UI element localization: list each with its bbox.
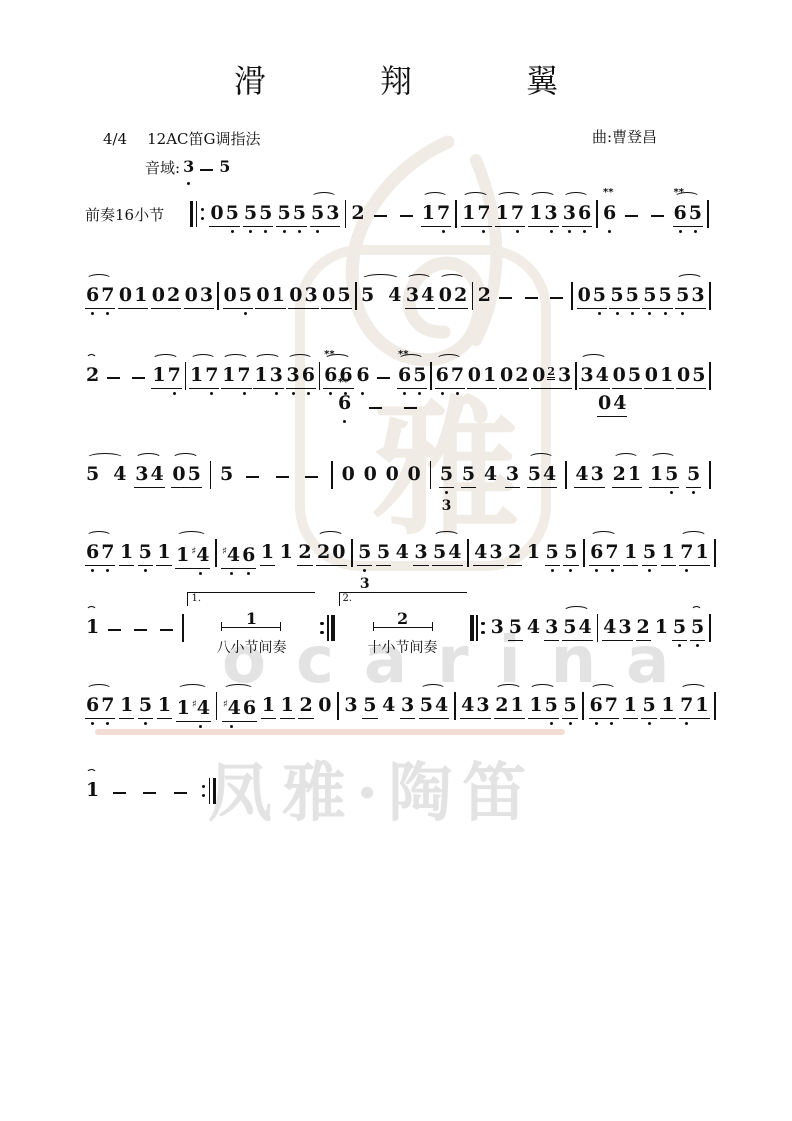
note-digit: 5: [138, 541, 153, 563]
note-group: 1: [119, 694, 134, 719]
barline: [472, 282, 474, 310]
note-digit: 4: [577, 616, 592, 638]
note-token: 2: [477, 284, 492, 308]
barline: [571, 282, 573, 310]
note-token: 0: [407, 463, 422, 487]
note-token: 67: [85, 694, 115, 719]
note-group: 2: [350, 202, 365, 226]
note-group: 54: [85, 463, 127, 487]
note-token: 2: [507, 541, 522, 566]
note-token: 43: [574, 463, 604, 488]
note-token: 5: [690, 616, 705, 641]
note-token: 01: [467, 364, 497, 389]
note-digit: 3: [343, 694, 358, 716]
note-token: 17: [189, 364, 219, 389]
duration-dash: [143, 792, 156, 794]
duration-dash: [404, 407, 417, 409]
note-token: 5: [562, 694, 577, 719]
note-token: 05: [321, 284, 351, 309]
note-digit: 3: [400, 694, 415, 716]
note-group: 3: [400, 694, 415, 719]
slur-arc: [650, 453, 676, 464]
slur-arc: [422, 192, 448, 203]
note-digit: 5: [357, 541, 372, 563]
note-group: 05: [223, 284, 253, 309]
repeat-end-sign: [201, 778, 216, 804]
note-digit: 1: [279, 541, 294, 563]
note-digit: 2: [507, 541, 522, 563]
note-token: [103, 616, 126, 637]
note-group: 54: [432, 541, 462, 566]
note-digit: 5: [688, 202, 703, 224]
duration-dash: [499, 297, 512, 299]
note-token: 3: [490, 616, 505, 640]
note-token: [300, 463, 323, 484]
note-token: 1♯4: [175, 541, 210, 569]
note-token: 53: [675, 284, 705, 309]
note-group: 17: [221, 364, 251, 389]
note-group: 01: [467, 364, 497, 389]
note-group: 17: [495, 202, 525, 227]
note-token: 55: [609, 284, 639, 309]
note-token: 1: [623, 694, 638, 719]
note-digit: 0: [331, 541, 346, 563]
note-digit: 0: [223, 284, 238, 306]
note-digit: 5: [641, 694, 656, 716]
note-group: [300, 463, 323, 484]
barline: [215, 539, 217, 567]
note-token: 05: [676, 364, 706, 389]
note-digit: 1: [85, 616, 100, 638]
note-group: 0: [317, 694, 332, 718]
note-group: [108, 779, 131, 800]
note-group: 5: [362, 694, 377, 719]
note-token: 36: [562, 202, 592, 227]
note-group: 6: [602, 202, 617, 226]
slur-arc: [680, 684, 706, 695]
note-digit: ♯4: [190, 541, 210, 566]
note-group: ♯46: [222, 694, 257, 722]
note-digit: 0: [151, 284, 166, 306]
note-token: 5: [672, 616, 687, 641]
note-token: 4: [381, 694, 396, 718]
slur-arc: [563, 606, 589, 617]
note-digit: 5: [675, 284, 690, 306]
note-digit: 4: [612, 392, 627, 414]
barline: [216, 692, 218, 720]
rest-bar: [221, 622, 281, 631]
note-group: 43: [602, 616, 632, 641]
note-group: 54: [360, 284, 402, 308]
note-digit: 3: [286, 364, 301, 386]
note-group: [646, 202, 669, 223]
slur-arc: [529, 192, 555, 203]
note-digit: 5: [544, 694, 559, 716]
note-digit: 5: [85, 463, 100, 485]
token-strip: 6701020305010305543402205555553: [85, 284, 712, 310]
slur-arc: [287, 354, 313, 365]
barline: [709, 614, 711, 642]
slur-arc: [496, 192, 522, 203]
note-digit: 0: [341, 463, 356, 485]
note-digit: 0: [407, 463, 422, 485]
note-token: 4: [483, 463, 498, 487]
sharp-sign: ♯: [191, 546, 196, 557]
sheet-music-page: 雅 ocarina 凤雅·陶笛 滑 翔 翼 4/412AC笛G调指法 曲:曹登昌…: [0, 0, 792, 1121]
slur-arc: [495, 684, 521, 695]
note-group: 0: [385, 463, 400, 487]
note-digit: 5: [658, 284, 673, 306]
note-digit: 0: [184, 284, 199, 306]
note-token: 35: [439, 463, 454, 488]
note-token: 4: [395, 541, 410, 565]
note-group: 3: [490, 616, 505, 640]
note-group: 01: [118, 284, 148, 309]
thick-bar: [470, 615, 473, 641]
note-group: 1: [119, 541, 134, 566]
note-token: [155, 616, 178, 637]
note-digit: 1: [176, 697, 191, 719]
barline: [345, 200, 347, 228]
trill-mark: **: [324, 349, 334, 360]
barline: [575, 362, 577, 390]
barline: [714, 692, 716, 720]
note-token: 2: [297, 541, 312, 566]
note-token: 1: [661, 541, 676, 566]
note-token: 1: [660, 694, 675, 719]
note-token: 54: [85, 463, 127, 487]
note-group: 17: [421, 202, 451, 227]
note-group: 5: [642, 541, 657, 566]
note-digit: 3: [405, 284, 420, 306]
note-digit: 3: [488, 541, 503, 563]
note-token: [108, 779, 131, 800]
note-digit: 3: [543, 202, 558, 224]
note-digit: 1: [526, 541, 541, 563]
note-digit: 6: [323, 364, 338, 386]
note-group: [129, 616, 152, 637]
barline: [467, 539, 469, 567]
note-token: 1: [156, 541, 171, 566]
note-group: 023: [531, 364, 572, 389]
note-token: 03: [288, 284, 318, 309]
note-digit: 5: [412, 364, 427, 386]
token-strip: 11.1八小节间奏2.2十小节间奏354354432155: [85, 616, 712, 642]
note-group: 55: [276, 202, 306, 227]
duration-dash: [377, 377, 390, 379]
note-token: 35: [357, 541, 372, 566]
note-group: [545, 284, 568, 305]
note-digit: 3: [690, 284, 705, 306]
note-group: [103, 616, 126, 637]
music-line-6: 11.1八小节间奏2.2十小节间奏354354432155: [85, 616, 712, 642]
note-digit: 3: [544, 616, 559, 638]
note-digit: 7: [679, 694, 694, 716]
slur-arc: [590, 531, 616, 542]
barline: [351, 539, 353, 567]
note-group: 53: [675, 284, 705, 309]
note-token: 01: [118, 284, 148, 309]
volta-number-tag: 2.: [343, 593, 353, 604]
note-digit: 6: [337, 392, 352, 414]
note-digit: 1: [253, 364, 268, 386]
note-digit: 4: [460, 694, 475, 716]
note-group: 1: [623, 694, 638, 719]
note-token: 1: [279, 541, 294, 565]
slur-arc: [361, 274, 399, 285]
note-digit: 0: [363, 463, 378, 485]
note-digit: 0: [577, 284, 592, 306]
note-token: 3: [505, 463, 520, 488]
duration-dash: [108, 629, 121, 631]
note-digit: 1: [649, 463, 664, 485]
note-group: 1: [85, 779, 100, 803]
slur-arc: [613, 453, 639, 464]
slur-arc: [223, 684, 254, 695]
multimeasure-rest: 2: [373, 611, 433, 631]
note-digit: 0: [644, 364, 659, 386]
note-digit: 0: [612, 364, 627, 386]
note-digit: 7: [100, 284, 115, 306]
note-group: 1: [623, 541, 638, 566]
grace-note: 2: [547, 366, 555, 380]
note-group: 4: [395, 541, 410, 565]
note-digit: 7: [450, 364, 465, 386]
note-digit: 3: [490, 616, 505, 638]
note-group: 3: [544, 616, 559, 641]
slur-arc: [172, 453, 198, 464]
note-token: 0: [317, 694, 332, 718]
note-token: [241, 463, 264, 484]
duration-dash: [625, 215, 638, 217]
note-group: 67: [589, 541, 619, 566]
note-digit: 3: [325, 202, 340, 224]
note-digit: 1: [509, 694, 524, 716]
note-digit: 5: [609, 284, 624, 306]
note-group: [127, 364, 150, 385]
thin-bar: [196, 201, 198, 227]
note-digit: 1: [654, 616, 669, 638]
note-token: 3: [544, 616, 559, 641]
note-group: 05: [577, 284, 607, 309]
note-token: 15: [528, 694, 558, 719]
note-digit: 3: [557, 364, 572, 386]
note-token: 1: [85, 779, 100, 803]
note-token: 67: [435, 364, 465, 389]
note-digit: 5: [562, 616, 577, 638]
token-strip: 671511♯4♯461122035543544321556715171: [85, 541, 717, 569]
note-group: 5: [686, 463, 701, 488]
note-digit: 0: [171, 463, 186, 485]
note-token: [372, 364, 395, 385]
note-group: 71: [679, 694, 709, 719]
note-digit: 0: [438, 284, 453, 306]
trill-mark: **: [603, 187, 613, 198]
sub-voice-token: 6**: [337, 392, 422, 416]
note-digit: 7: [476, 202, 491, 224]
note-group: 3: [343, 694, 358, 718]
note-token: 13: [528, 202, 558, 227]
note-digit: 2: [316, 541, 331, 563]
token-strip: 671511♯4♯46112035435443211556715171: [85, 694, 717, 722]
duration-dash: [305, 476, 318, 478]
note-digit: 1: [627, 463, 642, 485]
slur-arc: [680, 531, 706, 542]
note-digit: 0: [118, 284, 133, 306]
note-group: [102, 364, 125, 385]
note-digit: 7: [100, 541, 115, 563]
note-token: 1: [623, 541, 638, 566]
sharp-sign: ♯: [222, 546, 227, 557]
barline: [596, 200, 598, 228]
note-group: 3: [413, 541, 428, 566]
note-group: 4: [483, 463, 498, 487]
note-digit: 2: [350, 202, 365, 224]
note-group: 71: [679, 541, 709, 566]
music-line-8: 1: [85, 779, 217, 804]
note-digit: 5: [690, 616, 705, 638]
slur-arc: [462, 192, 488, 203]
note-group: [369, 202, 392, 223]
note-digit: 3: [269, 364, 284, 386]
duration-dash: [400, 215, 413, 217]
slur-arc: [317, 531, 343, 542]
note-group: 13: [528, 202, 558, 227]
note-group: 65: [397, 364, 427, 389]
volta-label: 八小节间奏: [216, 637, 286, 657]
note-group: 1: [279, 541, 294, 565]
note-token: 34: [579, 364, 609, 389]
note-group: 4: [381, 694, 396, 718]
note-group: [494, 284, 517, 305]
note-group: 17: [151, 364, 181, 389]
token-strip: 2171717133666**665**67010202334050105: [85, 364, 712, 390]
rest-bar: [373, 622, 433, 631]
note-group: 5: [439, 463, 454, 488]
note-token: 34: [134, 463, 164, 488]
slur-arc: [676, 274, 702, 285]
note-group: 6: [355, 364, 370, 388]
slur-arc: [590, 684, 616, 695]
token-strip: 05555553217171713366**65**: [189, 202, 710, 228]
note-digit: 3: [590, 463, 605, 485]
note-digit: 1: [189, 364, 204, 386]
note-group: [241, 463, 264, 484]
note-token: 55: [276, 202, 306, 227]
note-token: 2: [636, 616, 651, 641]
note-group: [271, 463, 294, 484]
note-group: 67: [85, 541, 115, 566]
music-line-5: 671511♯4♯461122035543544321556715171: [85, 541, 717, 569]
slur-arc: [529, 684, 555, 695]
note-group: [520, 284, 543, 305]
note-token: 1: [119, 694, 134, 719]
note-token: 20: [316, 541, 346, 566]
barline: [217, 282, 219, 310]
note-group: 0: [363, 463, 378, 487]
note-digit: 2: [636, 616, 651, 638]
note-group: 34: [579, 364, 609, 389]
note-digit: 7: [167, 364, 182, 386]
note-digit: 1: [119, 541, 134, 563]
token-strip: 1: [85, 779, 217, 804]
note-group: 1: [156, 541, 171, 566]
note-digit: 3: [475, 694, 490, 716]
repeat-begin-sign: [470, 615, 485, 641]
note-digit: 6: [355, 364, 370, 386]
note-digit: 4: [542, 463, 557, 485]
note-digit: 5: [625, 284, 640, 306]
slur-arc: [177, 684, 208, 695]
note-digit: 1: [133, 284, 148, 306]
note-token: 36: [286, 364, 316, 389]
note-digit: 1: [119, 694, 134, 716]
note-group: 0: [407, 463, 422, 487]
trill-mark: **: [398, 349, 408, 360]
note-token: 54: [562, 616, 592, 641]
note-token: 6**: [602, 202, 617, 226]
note-group: 1: [660, 694, 675, 719]
note-token: 1: [157, 694, 172, 719]
note-digit: 5: [563, 541, 578, 563]
note-group: 5: [690, 616, 705, 641]
note-digit: 7: [510, 202, 525, 224]
note-token: [138, 779, 161, 800]
note-token: 65**: [397, 364, 427, 389]
note-group: 2: [636, 616, 651, 641]
slur-arc: [528, 453, 554, 464]
note-token: 4: [526, 616, 541, 640]
note-token: 5: [138, 541, 153, 566]
note-token: 3: [413, 541, 428, 566]
note-token: 1: [85, 616, 100, 640]
note-token: 3: [343, 694, 358, 718]
note-token: 1♯4: [176, 694, 211, 722]
note-token: 03: [184, 284, 214, 309]
note-group: 5: [138, 541, 153, 566]
music-line-1: 前奏16小节05555553217171713366**65**: [85, 202, 710, 228]
note-token: 5: [138, 694, 153, 719]
note-digit: 5: [562, 694, 577, 716]
note-token: 1: [261, 694, 276, 719]
note-digit: 3: [303, 284, 318, 306]
note-digit: 1: [482, 364, 497, 386]
note-digit: 5: [527, 463, 542, 485]
note-digit: 5: [219, 463, 234, 485]
note-digit: 7: [679, 541, 694, 563]
note-digit: 0: [385, 463, 400, 485]
note-digit: 1: [461, 202, 476, 224]
barline: [455, 200, 457, 228]
barline: [430, 461, 432, 489]
note-digit: 5: [276, 202, 291, 224]
note-token: 3: [400, 694, 415, 719]
note-digit: 1: [156, 541, 171, 563]
thick-bar: [213, 778, 216, 804]
note-digit: 5: [691, 364, 706, 386]
note-token: 17: [495, 202, 525, 227]
note-digit: 3: [579, 364, 594, 386]
note-digit: 1: [421, 202, 436, 224]
note-group: 15: [649, 463, 679, 488]
note-digit: 7: [604, 541, 619, 563]
note-token: 15: [649, 463, 679, 488]
note-digit: 5: [592, 284, 607, 306]
slur-arc: [135, 453, 161, 464]
sharp-sign: ♯: [223, 699, 228, 710]
note-group: 55: [609, 284, 639, 309]
note-group: 05: [209, 202, 239, 227]
